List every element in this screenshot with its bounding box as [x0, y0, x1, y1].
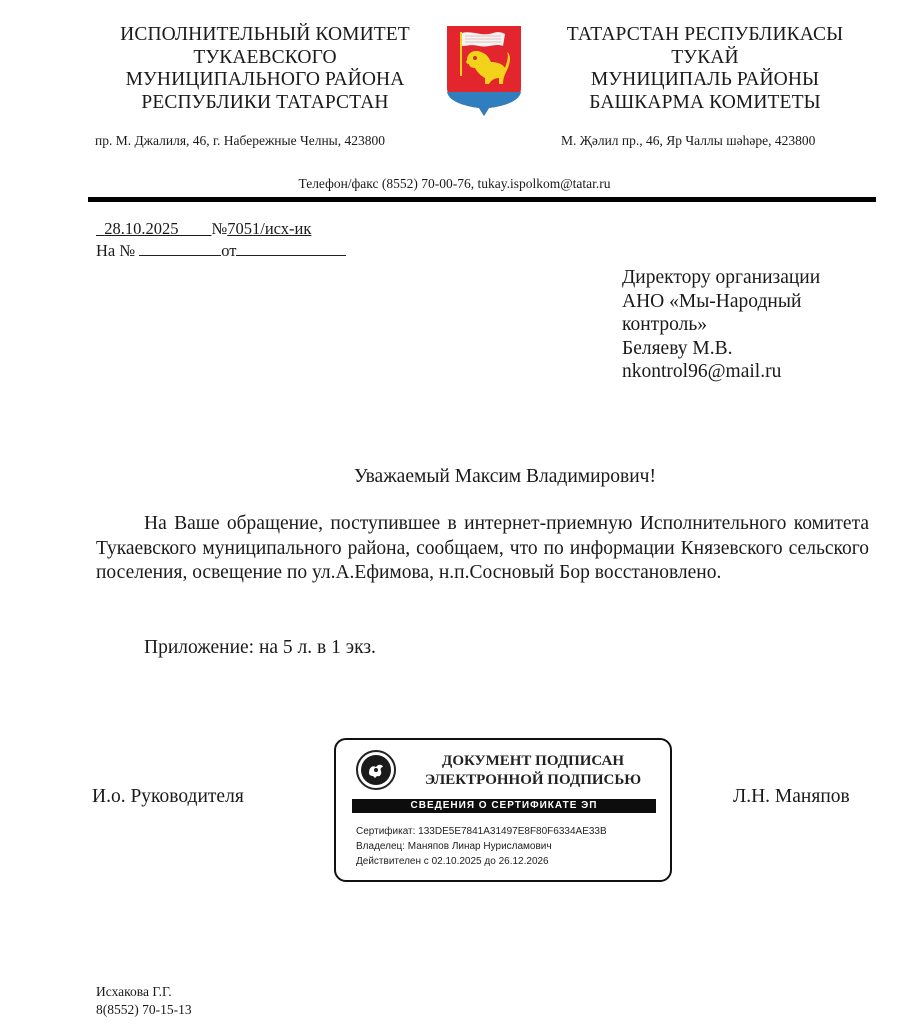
- coat-of-arms-icon: [443, 22, 525, 118]
- header-divider: [88, 197, 876, 202]
- outgoing-date: 28.10.2025: [96, 219, 212, 238]
- org-name-line: БАШКАРМА КОМИТЕТЫ: [540, 92, 870, 115]
- org-name-tatar: ТАТАРСТАН РЕСПУБЛИКАСЫ ТУКАЙ МУНИЦИПАЛЬ …: [540, 24, 870, 114]
- greeting: Уважаемый Максим Владимирович!: [0, 466, 909, 488]
- addressee-line: контроль»: [622, 313, 820, 337]
- addressee-line: Беляеву М.В.: [622, 337, 820, 361]
- executor-block: Исхакова Г.Г. 8(8552) 70-15-13: [96, 983, 192, 1019]
- from-blank: [236, 241, 346, 256]
- addressee-email: nkontrol96@mail.ru: [622, 360, 820, 384]
- certificate-validity: Действителен с 02.10.2025 до 26.12.2026: [356, 854, 607, 869]
- org-name-line: ИСПОЛНИТЕЛЬНЫЙ КОМИТЕТ: [90, 24, 440, 47]
- org-name-line: МУНИЦИПАЛЬ РАЙОНЫ: [540, 69, 870, 92]
- number-prefix: №: [212, 219, 228, 238]
- address-tatar: М. Җәлил пр., 46, Яр Чаллы шәһәре, 42380…: [561, 133, 815, 149]
- signer-position: И.о. Руководителя: [92, 786, 244, 808]
- certificate-details: Сертификат: 133DE5E7841A31497E8F80F6334A…: [356, 824, 607, 869]
- org-name-russian: ИСПОЛНИТЕЛЬНЫЙ КОМИТЕТ ТУКАЕВСКОГО МУНИЦ…: [90, 24, 440, 114]
- org-name-line: ТУКАЙ: [540, 47, 870, 70]
- certificate-owner: Владелец: Маняпов Линар Нурисламович: [356, 839, 607, 854]
- from-label: от: [221, 241, 236, 260]
- certificate-info-bar: СВЕДЕНИЯ О СЕРТИФИКАТЕ ЭП: [352, 799, 656, 813]
- stamp-title: ДОКУМЕНТ ПОДПИСАН ЭЛЕКТРОННОЙ ПОДПИСЬЮ: [408, 752, 658, 790]
- certificate-serial: Сертификат: 133DE5E7841A31497E8F80F6334A…: [356, 824, 607, 839]
- signer-name: Л.Н. Маняпов: [733, 786, 850, 808]
- reply-to-label: На №: [96, 241, 135, 260]
- org-name-line: МУНИЦИПАЛЬНОГО РАЙОНА: [90, 69, 440, 92]
- addressee-block: Директору организации АНО «Мы-Народный к…: [622, 266, 820, 384]
- org-name-line: ТУКАЕВСКОГО: [90, 47, 440, 70]
- attachment-note: Приложение: на 5 л. в 1 экз.: [144, 637, 376, 659]
- org-name-line: РЕСПУБЛИКИ ТАТАРСТАН: [90, 92, 440, 115]
- outgoing-number: 7051/исх-ик: [227, 219, 311, 238]
- phone-fax-email: Телефон/факс (8552) 70-00-76, tukay.ispo…: [0, 176, 909, 192]
- executor-name: Исхакова Г.Г.: [96, 983, 192, 1001]
- executor-phone: 8(8552) 70-15-13: [96, 1001, 192, 1019]
- org-name-line: ТАТАРСТАН РЕСПУБЛИКАСЫ: [540, 24, 870, 47]
- address-russian: пр. М. Джалиля, 46, г. Набережные Челны,…: [95, 133, 385, 149]
- addressee-line: Директору организации: [622, 266, 820, 290]
- letter-body: На Ваше обращение, поступившее в интерне…: [96, 512, 869, 586]
- reply-to-blank: [139, 241, 221, 256]
- addressee-line: АНО «Мы-Народный: [622, 290, 820, 314]
- registration-block: 28.10.2025 №7051/исх-ик На № от: [96, 218, 346, 262]
- electronic-signature-stamp: ДОКУМЕНТ ПОДПИСАН ЭЛЕКТРОННОЙ ПОДПИСЬЮ С…: [334, 738, 672, 882]
- tatarstan-emblem-icon: [356, 750, 396, 790]
